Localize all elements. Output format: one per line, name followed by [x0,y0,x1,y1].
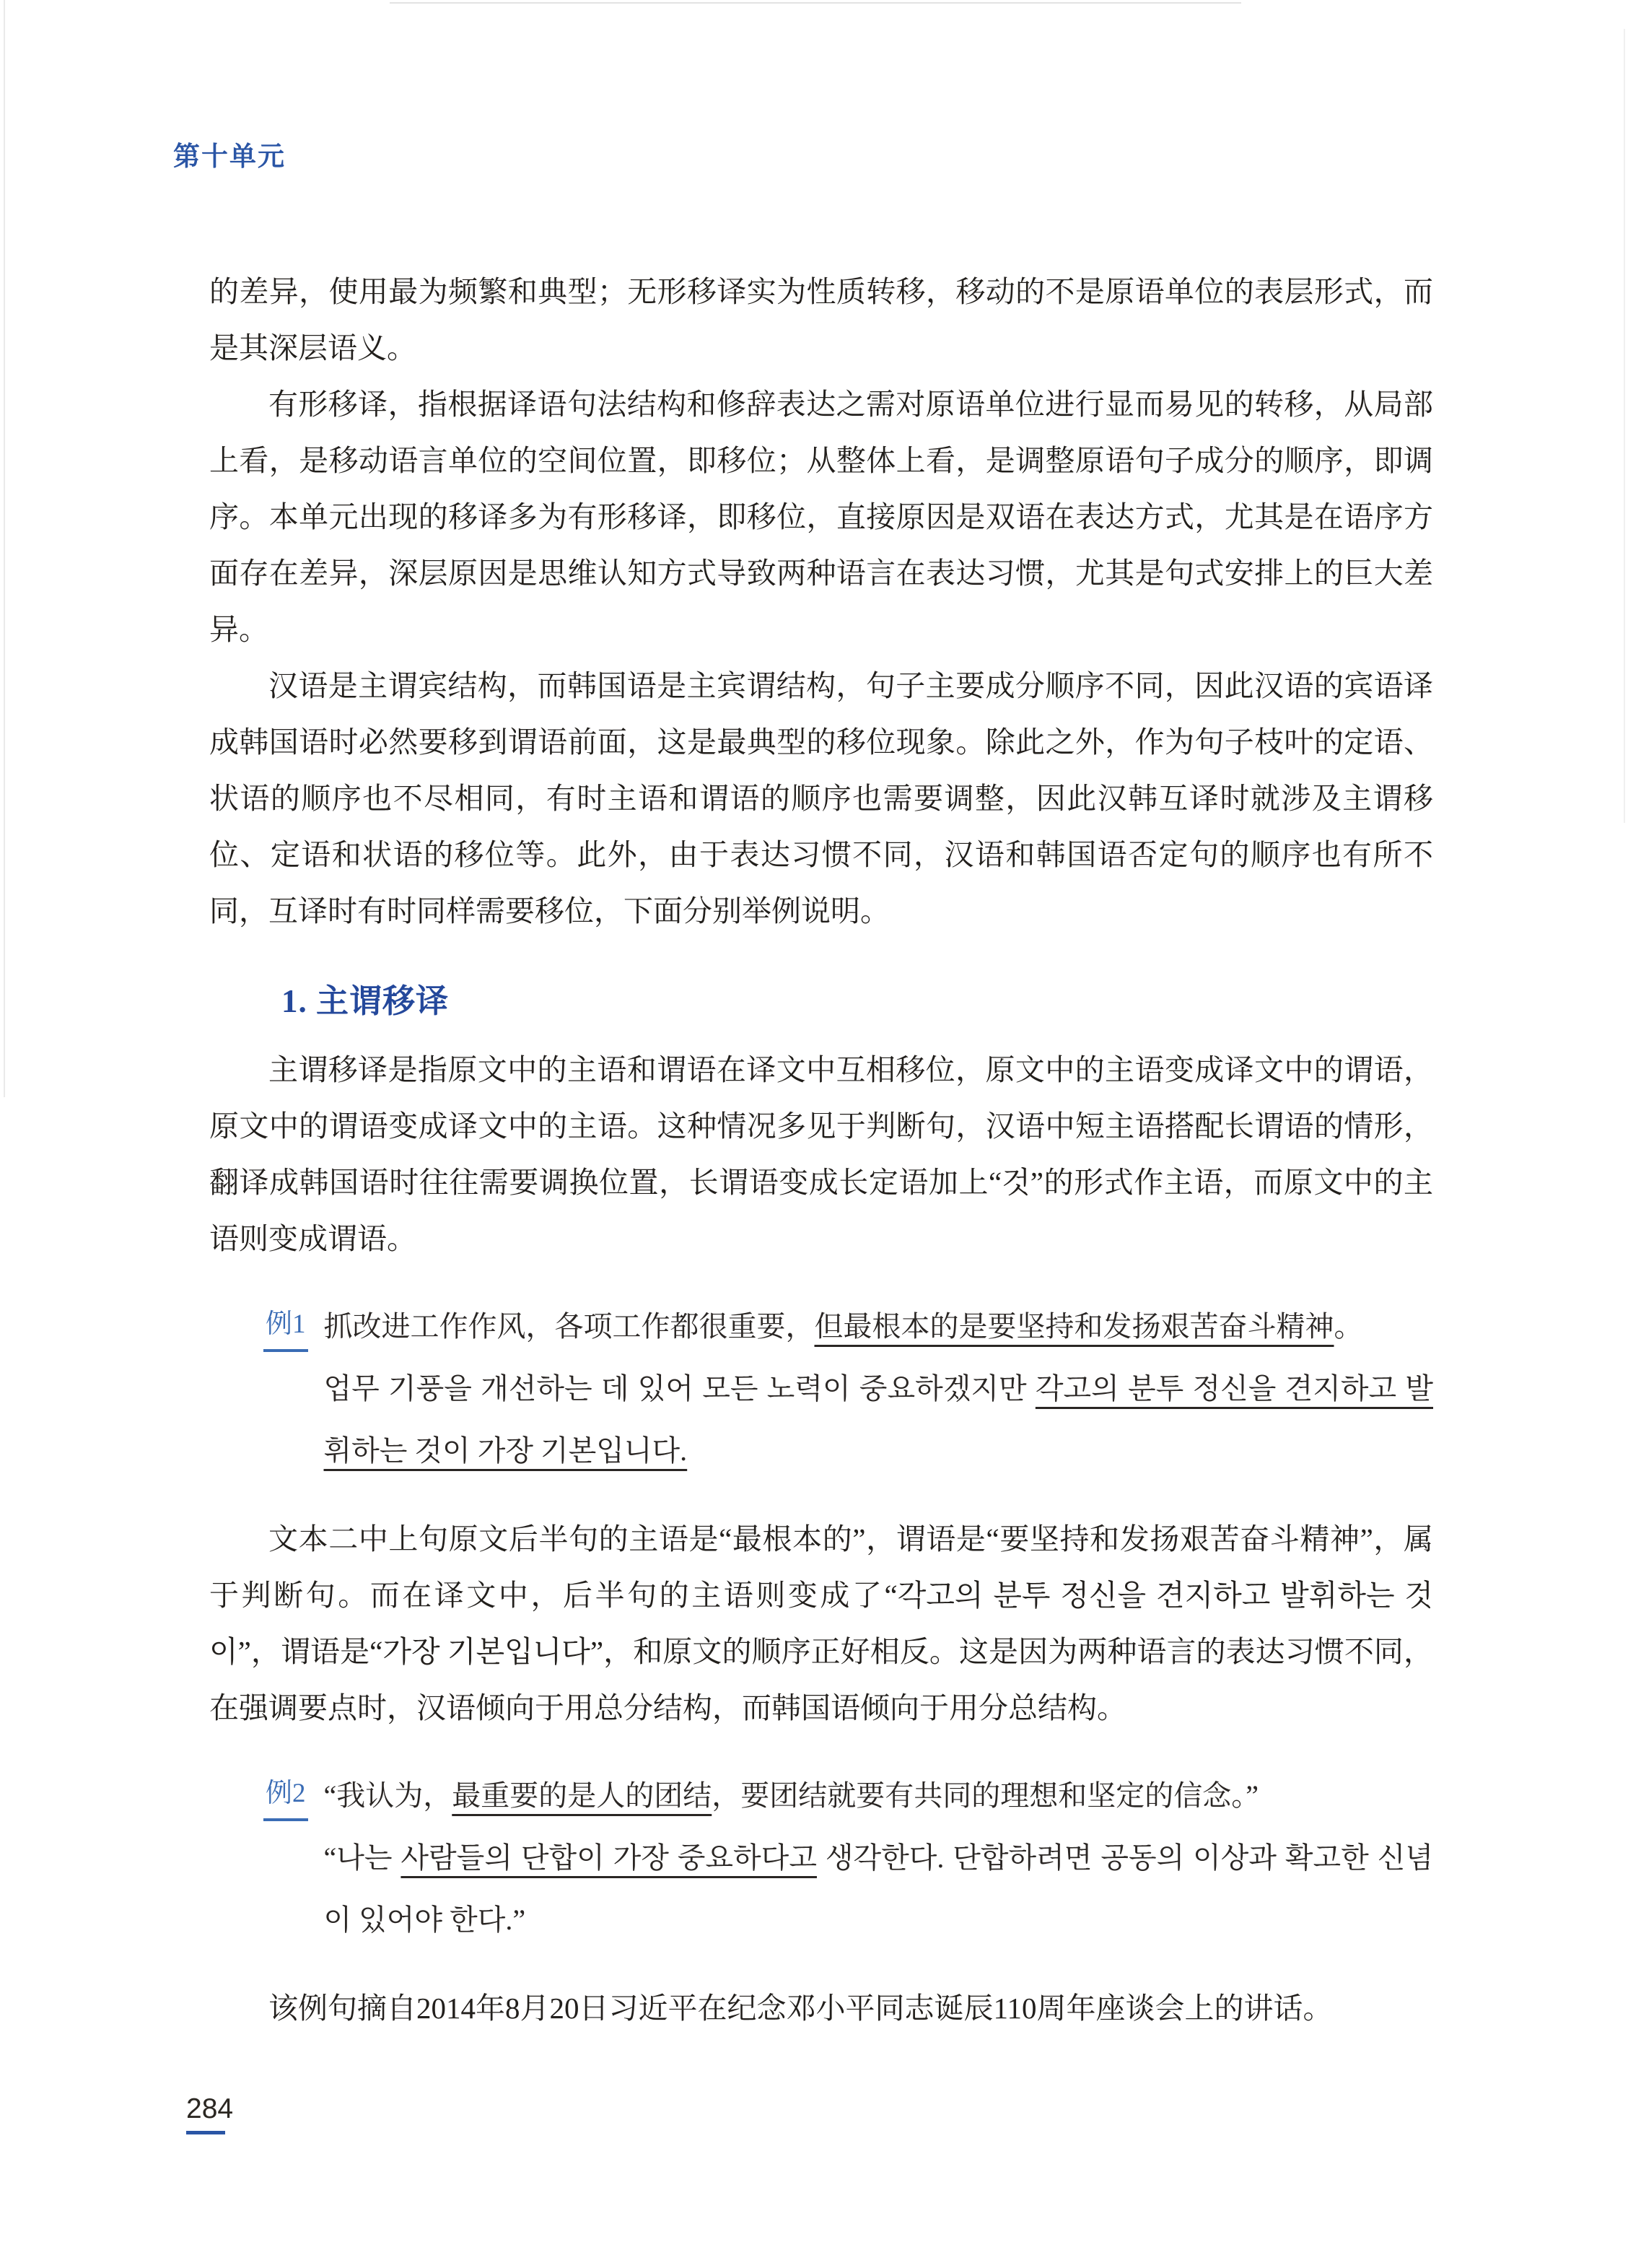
example-1-label: 例1 [263,1306,308,1352]
underlined-text-segment: 사람들의 단합이 가장 중요하다고 [401,1841,817,1874]
example-2-label: 例2 [263,1775,308,1821]
text-segment: 汉语是主谓宾结构，而韩国语是主宾谓结构，句子主要成分顺序不同，因此汉语的宾语译成… [209,669,1433,928]
page-footer: 284 [186,2093,233,2134]
text-segment: “我认为， [324,1779,452,1812]
example-1-source-zh: 抓改进工作作风，各项工作都很重要，但最根本的是要坚持和发扬艰苦奋斗精神。 [324,1296,1434,1358]
section-heading: 1. 主谓移译 [281,980,1433,1023]
text-segment: 抓改进工作作风，各项工作都很重要， [324,1310,815,1343]
text-segment: 的差异，使用最为频繁和典型；无形移译实为性质转移，移动的不是原语单位的表层形式，… [209,275,1433,365]
paragraph-youxing-yiyi: 有形移译，指根据译语句法结构和修辞表达之需对原语单位进行显而易见的转移，从局部上… [209,376,1433,658]
text-segment: 文本二中上句原文后半句的主语是“最根本的”，谓语是“要坚持和发扬艰苦奋斗精神”，… [209,1522,1433,1724]
source-note-paragraph: 该例句摘自2014年8月20日习近平在纪念邓小平同志诞辰110周年座谈会上的讲话… [209,1980,1433,2036]
section-intro-paragraph: 主谓移译是指原文中的主语和谓语在译文中互相移位，原文中的主语变成译文中的谓语，原… [209,1042,1433,1267]
page-edge-right [1624,29,1625,823]
example-1: 例1 抓改进工作作风，各项工作都很重要，但最根本的是要坚持和发扬艰苦奋斗精神。 … [263,1296,1433,1482]
text-segment: 该例句摘自2014年8月20日习近平在纪念邓小平同志诞辰110周年座谈会上的讲话… [268,1992,1332,2025]
page-edge-top [390,2,1241,4]
example-1-content: 抓改进工作作风，各项工作都很重要，但最根本的是要坚持和发扬艰苦奋斗精神。 업무 … [324,1296,1434,1482]
underlined-text-segment: 但最根本的是要坚持和发扬艰苦奋斗精神 [815,1310,1334,1343]
page-edge-left [4,0,5,1097]
page-body: 的差异，使用最为频繁和典型；无形移译实为性质转移，移动的不是原语单位的表层形式，… [209,263,1433,2036]
document-page: { "colors": { "brand_blue": "#2a55a5", "… [0,0,1628,2268]
analysis-paragraph-1: 文本二中上句原文后半句的主语是“最根本的”，谓语是“要坚持和发扬艰苦奋斗精神”，… [209,1511,1433,1736]
example-1-translation-ko: 업무 기풍을 개선하는 데 있어 모든 노력이 중요하겠지만 각고의 분투 정신… [324,1358,1434,1482]
text-segment: “나는 [324,1841,401,1874]
text-segment: 主谓移译是指原文中的主语和谓语在译文中互相移位，原文中的主语变成译文中的谓语，原… [209,1053,1433,1255]
text-segment: 。 [1334,1310,1363,1343]
text-segment: 有形移译，指根据译语句法结构和修辞表达之需对原语单位进行显而易见的转移，从局部上… [209,388,1433,646]
page-number-underline [186,2131,225,2134]
page-number: 284 [186,2093,233,2125]
example-2-content: “我认为，最重要的是人的团结，要团结就要有共同的理想和坚定的信念。” “나는 사… [324,1765,1434,1951]
example-2-source-zh: “我认为，最重要的是人的团结，要团结就要有共同的理想和坚定的信念。” [324,1765,1434,1827]
paragraph-continuation: 的差异，使用最为频繁和典型；无形移译实为性质转移，移动的不是原语单位的表层形式，… [209,263,1433,376]
underlined-text-segment: 最重要的是人的团结 [452,1779,712,1812]
text-segment: ，要团结就要有共同的理想和坚定的信念。” [712,1779,1259,1812]
example-2: 例2 “我认为，最重要的是人的团结，要团结就要有共同的理想和坚定的信念。” “나… [263,1765,1433,1951]
text-segment: 업무 기풍을 개선하는 데 있어 모든 노력이 중요하겠지만 [324,1372,1036,1405]
example-2-translation-ko: “나는 사람들의 단합이 가장 중요하다고 생각한다. 단합하려면 공동의 이상… [324,1827,1434,1951]
paragraph-structure-difference: 汉语是主谓宾结构，而韩国语是主宾谓结构，句子主要成分顺序不同，因此汉语的宾语译成… [209,658,1433,939]
unit-header: 第十单元 [173,134,286,173]
